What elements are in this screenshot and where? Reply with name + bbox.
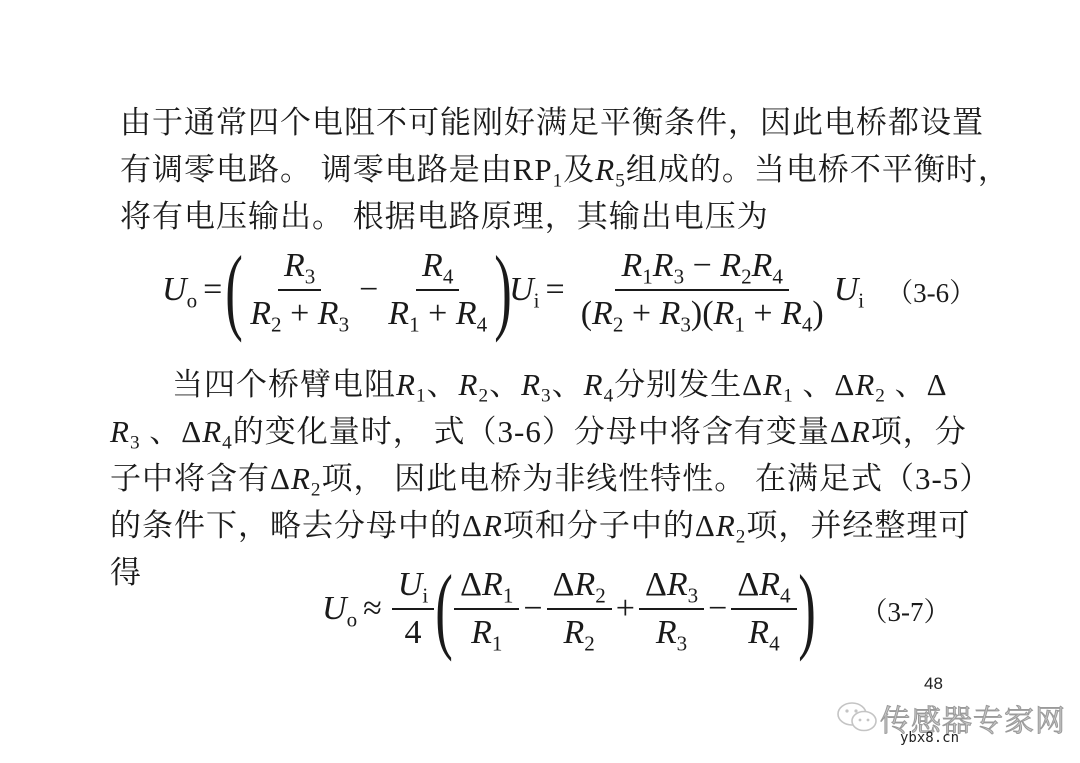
term-2: ΔR2 R2 <box>547 564 612 654</box>
page-number: 48 <box>924 674 943 694</box>
term-1: ΔR1 R1 <box>454 564 519 654</box>
approx-sign: ≈ <box>363 590 382 628</box>
equation-3-6: Uo = ( R3 R2 + R3 − R4 R1 + R4 ) Ui = R1… <box>162 240 976 340</box>
variable: R <box>595 152 615 187</box>
denominator: R2 <box>558 610 601 654</box>
numerator: Ui <box>392 564 434 610</box>
equals-sign: = <box>203 271 222 309</box>
fraction: R4 R1 + R4 <box>382 245 493 335</box>
paragraph2-line4: 的条件下，略去分母中的ΔR项和分子中的ΔR2项，并经整理可 <box>110 506 970 546</box>
numerator: ΔR1 <box>454 564 519 610</box>
subscript: 5 <box>615 171 626 192</box>
right-paren: ) <box>494 242 512 338</box>
wechat-icon <box>836 700 880 736</box>
term-4: ΔR4 R4 <box>731 564 796 654</box>
coefficient-fraction: Ui 4 <box>392 564 434 654</box>
denominator: R1 + R4 <box>382 291 493 335</box>
paragraph2-line2: R3 、ΔR4的变化量时， 式（3-6）分母中将含有变量ΔR项，分 <box>110 412 967 452</box>
left-paren: ( <box>435 561 453 657</box>
numerator: R4 <box>416 245 459 291</box>
denominator: 4 <box>398 610 427 654</box>
equation-3-7: Uo ≈ Ui 4 ( ΔR1 R1 − ΔR2 R2 + ΔR3 R3 − Δ… <box>322 557 951 661</box>
paragraph2-line1: 当四个桥臂电阻R1、R2、R3、R4分别发生ΔR1 、ΔR2 、Δ <box>172 365 948 405</box>
denominator: R4 <box>742 610 785 654</box>
eq-lhs: Uo <box>322 590 357 628</box>
operator: − <box>523 590 542 628</box>
right-paren: ) <box>798 561 816 657</box>
numerator: ΔR4 <box>731 564 796 610</box>
denominator: R1 <box>465 610 508 654</box>
equation-number: （3-6） <box>886 271 976 310</box>
term-3: ΔR3 R3 <box>639 564 704 654</box>
paragraph1-line3: 将有电压输出。 根据电路原理，其输出电压为 <box>120 197 769 237</box>
paragraph1-line2: 有调零电路。 调零电路是由RP1及R5组成的。当电桥不平衡时， <box>120 150 1010 190</box>
denominator: R2 + R3 <box>244 291 355 335</box>
paragraph1-line1: 由于通常四个电阻不可能刚好满足平衡条件，因此电桥都设置 <box>120 103 984 143</box>
paragraph2-line5: 得 <box>110 553 142 593</box>
text-segment: 组成的。当电桥不平衡时， <box>626 152 1010 187</box>
equation-number: （3-7） <box>861 590 951 629</box>
numerator: ΔR2 <box>547 564 612 610</box>
left-paren: ( <box>225 242 243 338</box>
operator: − <box>708 590 727 628</box>
numerator: ΔR3 <box>639 564 704 610</box>
eq-lhs: Uo <box>162 271 197 309</box>
operator: + <box>616 590 635 628</box>
numerator: R1R3 − R2R4 <box>615 245 789 291</box>
denominator: (R2 + R3)(R1 + R4) <box>575 291 830 335</box>
numerator: R3 <box>278 245 321 291</box>
minus-sign: − <box>359 271 378 309</box>
eq-ui: Ui <box>509 271 539 309</box>
fraction: R1R3 − R2R4 (R2 + R3)(R1 + R4) <box>575 245 830 335</box>
denominator: R3 <box>650 610 693 654</box>
text-segment: 及 <box>563 152 595 187</box>
subscript: 1 <box>553 171 564 192</box>
watermark-url: ybx8.cn <box>900 730 959 746</box>
equals-sign: = <box>546 271 565 309</box>
fraction: R3 R2 + R3 <box>244 245 355 335</box>
text-segment: 有调零电路。 调零电路是由RP <box>120 152 553 187</box>
paragraph2-line3: 子中将含有ΔR2项， 因此电桥为非线性特性。 在满足式（3-5） <box>110 459 991 499</box>
eq-ui: Ui <box>834 271 864 309</box>
